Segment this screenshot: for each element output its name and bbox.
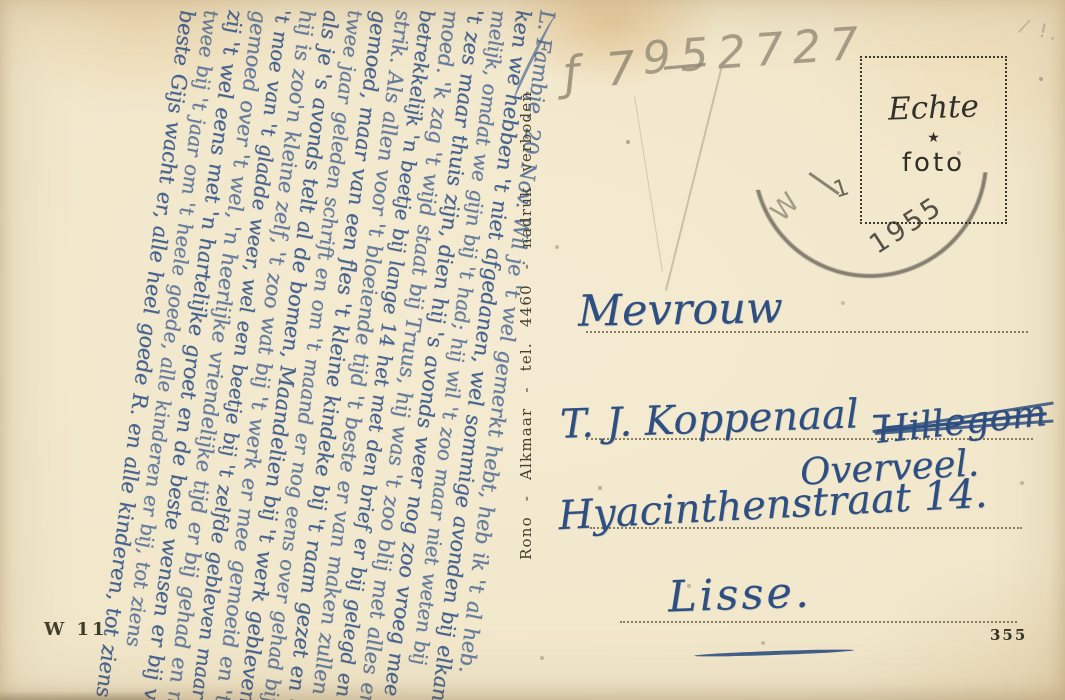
handwritten-message: L. Fambje. 20 Nov. Wil je 't wel gemerkt… (0, 0, 561, 700)
pencil-stroke (634, 96, 663, 272)
plate-number-left: W 11 (44, 619, 108, 640)
address-city-underline (694, 648, 854, 658)
publisher-imprint: Rono - Alkmaar - tel. 4460 - nadruk verb… (517, 124, 535, 560)
paper-speckles (0, 0, 2, 2)
pencil-stroke (665, 65, 723, 291)
address-city: Lisse. (667, 568, 812, 623)
paper-edge-shadow (0, 691, 150, 700)
address-salutation: Mevrouw (578, 283, 784, 337)
plate-number-right: 355 (990, 626, 1027, 644)
pencil-corner-marks: ⁄ !. (1020, 16, 1063, 46)
star-icon: ★ (862, 130, 1005, 146)
pencil-number: 952727 (640, 16, 869, 85)
postcard-back: L. Fambje. 20 Nov. Wil je 't wel gemerkt… (0, 0, 1065, 700)
stamp-box-word1: Echte (861, 88, 1005, 129)
